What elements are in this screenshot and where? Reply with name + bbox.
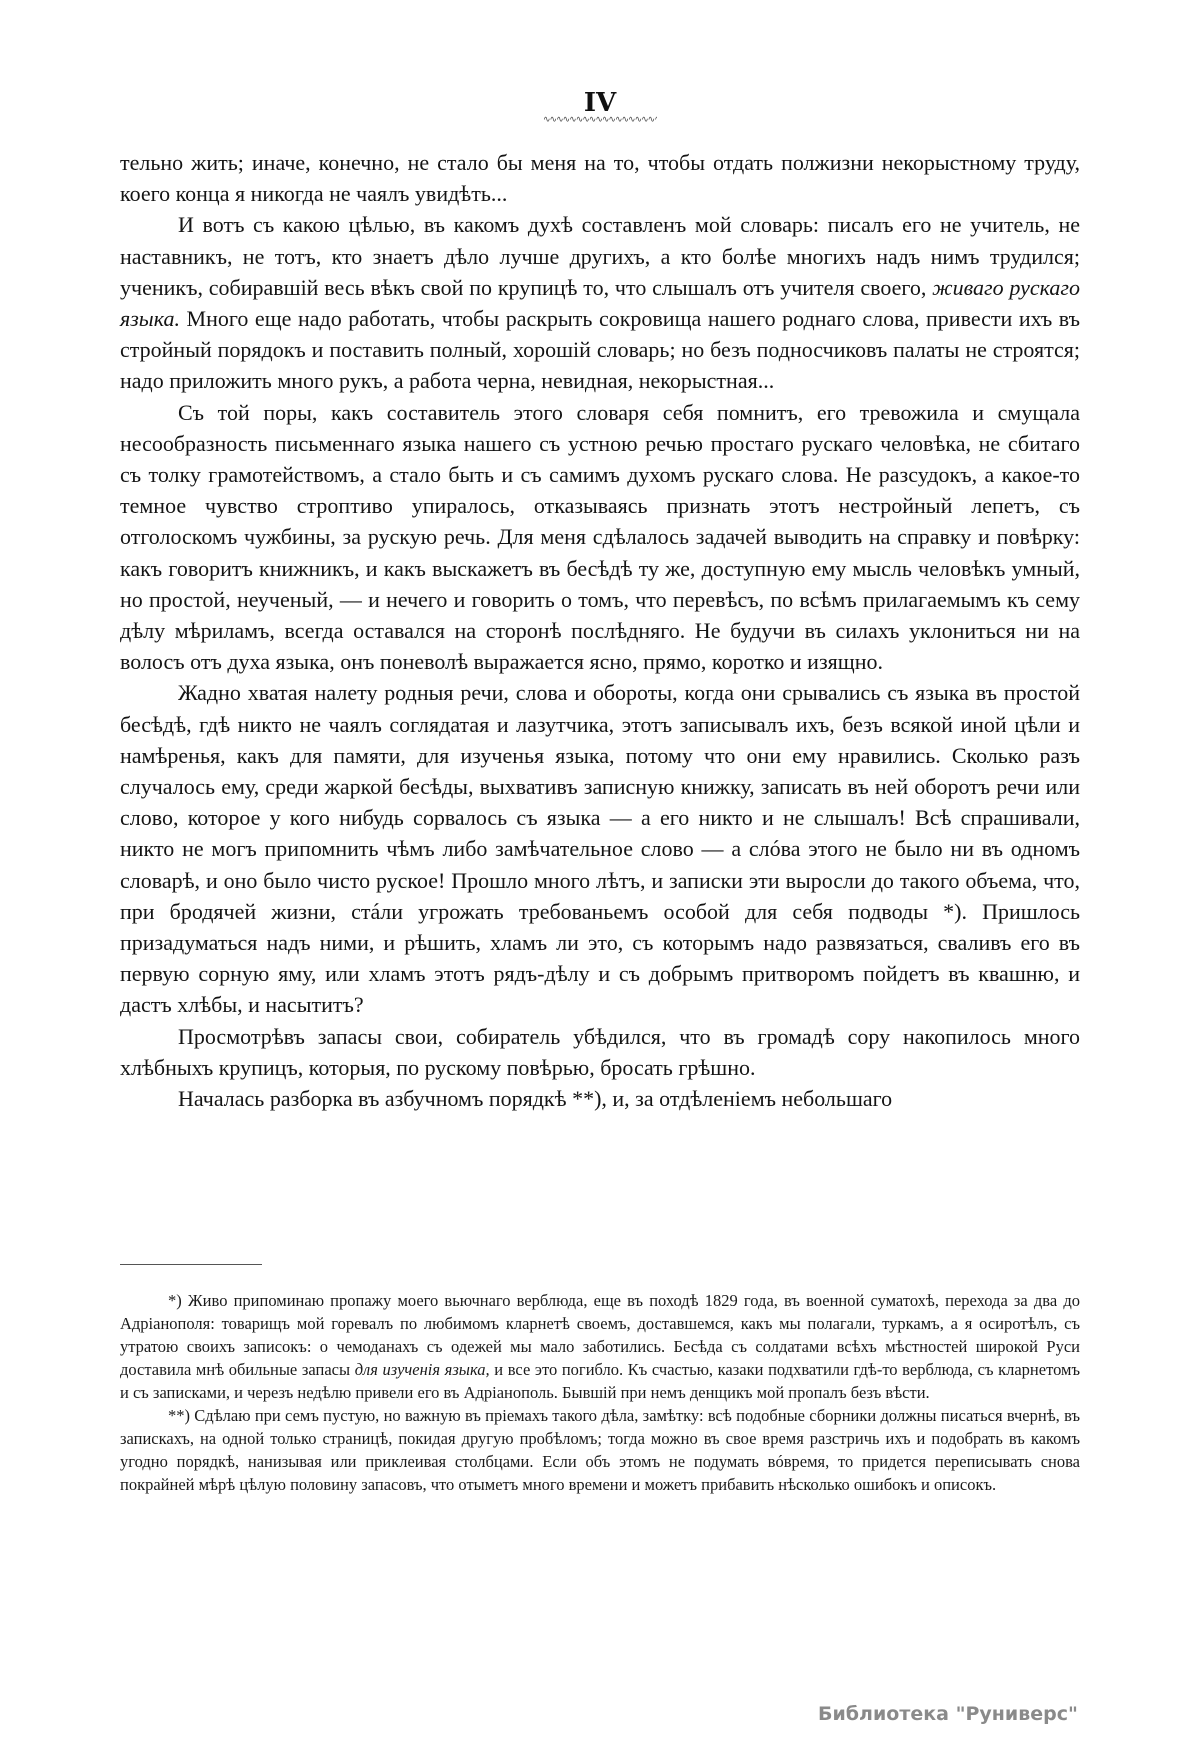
footnote-1: *) Живо припоминаю пропажу моего вьючнаг… xyxy=(120,1289,1080,1404)
paragraph-purpose: И вотъ съ какою цѣлью, въ какомъ духѣ со… xyxy=(120,209,1080,396)
paragraph-text: Много еще надо работать, чтобы раскрыть … xyxy=(120,306,1080,393)
footnote-2: **) Сдѣлаю при семъ пустую, но важную въ… xyxy=(120,1404,1080,1496)
paragraph-language: Съ той поры, какъ составитель этого слов… xyxy=(120,397,1080,678)
footnote-marker: **) xyxy=(168,1406,190,1425)
main-text: тельно жить; иначе, конечно, не стало бы… xyxy=(120,147,1080,1114)
footnote-text: Сдѣлаю при семъ пустую, но важную въ прі… xyxy=(120,1406,1080,1494)
paragraph-review: Просмотрѣвъ запасы свои, собиратель убѣд… xyxy=(120,1021,1080,1083)
page-number: IV xyxy=(0,88,1200,118)
footnotes: *) Живо припоминаю пропажу моего вьючнаг… xyxy=(120,1289,1080,1496)
paragraph-continuation: тельно жить; иначе, конечно, не стало бы… xyxy=(120,147,1080,209)
italic-phrase: для изученія языка, xyxy=(355,1360,490,1379)
library-watermark: Библиотека "Руниверс" xyxy=(818,1703,1078,1725)
page-number-ornament: ∿∿∿∿∿∿∿∿∿∿∿∿∿∿∿∿∿∿∿∿∿∿∿∿∿∿∿∿∿ xyxy=(543,116,657,124)
paragraph-collecting: Жадно хватая налету родныя речи, слова и… xyxy=(120,677,1080,1020)
paragraph-sorting: Началась разборка въ азбучномъ порядкѣ *… xyxy=(120,1083,1080,1114)
footnote-marker: *) xyxy=(168,1291,182,1310)
scanned-book-page: IV ∿∿∿∿∿∿∿∿∿∿∿∿∿∿∿∿∿∿∿∿∿∿∿∿∿∿∿∿∿ тельно … xyxy=(0,0,1200,1757)
footnote-divider xyxy=(120,1264,262,1265)
